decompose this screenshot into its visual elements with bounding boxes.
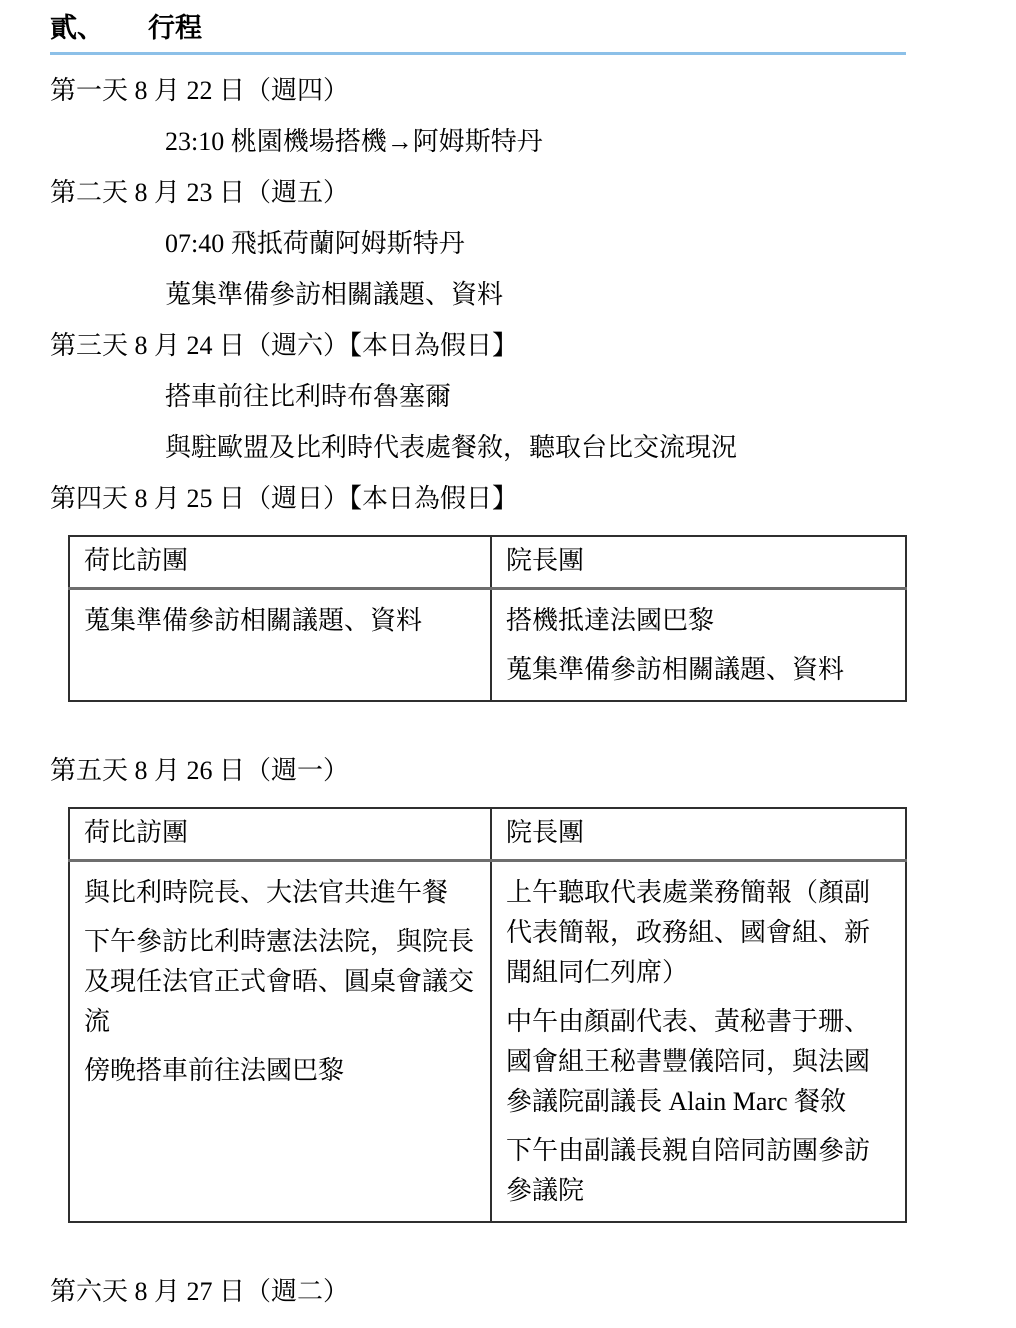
cell-paragraph: 下午由副議長親自陪同訪團參訪參議院 [506, 1131, 891, 1211]
day-5-heading: 第五天 8 月 26 日（週一） [50, 756, 906, 786]
cell-paragraph: 蒐集準備參訪相關議題、資料 [506, 650, 891, 690]
column-header-delegation-nl-be: 荷比訪團 [69, 808, 491, 861]
day-6-heading: 第六天 8 月 27 日（週二） [50, 1277, 906, 1307]
day-2-item-1: 07:40 飛抵荷蘭阿姆斯特丹 [165, 229, 906, 259]
column-header-president-group: 院長團 [491, 536, 906, 589]
day-3-heading: 第三天 8 月 24 日（週六）【本日為假日】 [50, 331, 906, 361]
cell-paragraph: 中午由顏副代表、黃秘書于珊、國會組王秘書豐儀陪同，與法國參議院副議長 Alain… [506, 1002, 891, 1122]
section-number: 貳、 [50, 13, 104, 43]
column-header-president-group: 院長團 [491, 808, 906, 861]
day-2-heading: 第二天 8 月 23 日（週五） [50, 178, 906, 208]
day-1-item-1: 23:10 桃園機場搭機→阿姆斯特丹 [165, 127, 906, 157]
column-header-delegation-nl-be: 荷比訪團 [69, 536, 491, 589]
cell-delegation-nl-be: 蒐集準備參訪相關議題、資料 [69, 589, 491, 702]
table-header-row: 荷比訪團 院長團 [69, 808, 906, 861]
day-4-schedule-table: 荷比訪團 院長團 蒐集準備參訪相關議題、資料 搭機抵達法國巴黎 蒐集準備參訪相關… [68, 535, 907, 702]
section-heading: 貳、行程 [50, 12, 906, 55]
cell-president-group: 搭機抵達法國巴黎 蒐集準備參訪相關議題、資料 [491, 589, 906, 702]
cell-delegation-nl-be: 與比利時院長、大法官共進午餐 下午參訪比利時憲法法院，與院長及現任法官正式會晤、… [69, 861, 491, 1223]
cell-paragraph: 上午聽取代表處業務簡報（顏副代表簡報，政務組、國會組、新聞組同仁列席） [506, 873, 891, 993]
cell-paragraph: 下午參訪比利時憲法法院，與院長及現任法官正式會晤、圓桌會議交流 [84, 922, 476, 1042]
cell-paragraph: 搭機抵達法國巴黎 [506, 601, 891, 641]
table-row: 蒐集準備參訪相關議題、資料 搭機抵達法國巴黎 蒐集準備參訪相關議題、資料 [69, 589, 906, 702]
cell-president-group: 上午聽取代表處業務簡報（顏副代表簡報，政務組、國會組、新聞組同仁列席） 中午由顏… [491, 861, 906, 1223]
table-header-row: 荷比訪團 院長團 [69, 536, 906, 589]
day-5-schedule-table: 荷比訪團 院長團 與比利時院長、大法官共進午餐 下午參訪比利時憲法法院，與院長及… [68, 807, 907, 1223]
itinerary-document: 貳、行程 第一天 8 月 22 日（週四） 23:10 桃園機場搭機→阿姆斯特丹… [0, 0, 906, 1307]
day-3-item-1: 搭車前往比利時布魯塞爾 [165, 382, 906, 412]
section-title: 行程 [148, 13, 202, 43]
day-2-item-2: 蒐集準備參訪相關議題、資料 [165, 280, 906, 310]
day-1-heading: 第一天 8 月 22 日（週四） [50, 76, 906, 106]
table-row: 與比利時院長、大法官共進午餐 下午參訪比利時憲法法院，與院長及現任法官正式會晤、… [69, 861, 906, 1223]
day-4-heading: 第四天 8 月 25 日（週日）【本日為假日】 [50, 484, 906, 514]
cell-paragraph: 傍晚搭車前往法國巴黎 [84, 1051, 476, 1091]
cell-paragraph: 與比利時院長、大法官共進午餐 [84, 873, 476, 913]
cell-paragraph: 蒐集準備參訪相關議題、資料 [84, 601, 476, 641]
day-3-item-2: 與駐歐盟及比利時代表處餐敘，聽取台比交流現況 [165, 433, 906, 463]
